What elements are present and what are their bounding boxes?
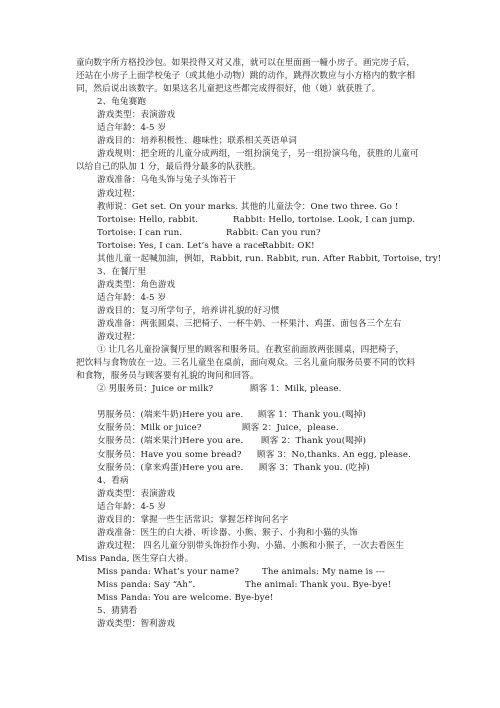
text-line: 5、猜猜看: [97, 605, 137, 618]
text-line-second-column: Rabbit: Hello, tortoise. Look, I can jum…: [233, 214, 415, 227]
line-text: 其他儿童一起喊加油，例如，Rabbit, run. Rabbit, run. A…: [97, 254, 441, 264]
text-line-second-column: 顾客 2：Thank you(喝掉): [261, 435, 366, 448]
text-line: Miss panda: What’s your name?: [97, 566, 239, 579]
line-text: 适合年龄：4-5 岁: [97, 502, 166, 512]
text-line: 游戏目的：掌握一些生活常识；掌握怎样询问名字: [97, 514, 288, 527]
text-line: 2、龟兔赛跑: [97, 96, 146, 109]
text-line: Miss Panda: You are welcome. Bye-bye!: [97, 592, 273, 605]
text-line: 其他儿童一起喊加油，例如，Rabbit, run. Rabbit, run. A…: [97, 253, 441, 266]
text-line: 游戏规则：把全班的儿童分成两组，一组扮演兔子，另一组扮演乌龟，获胜的儿童可: [97, 148, 419, 161]
text-line-second-column: The animal: Thank you. Bye-bye!: [245, 579, 391, 592]
line-text: 3、在餐厅里: [97, 267, 146, 277]
text-line: 3、在餐厅里: [97, 266, 146, 279]
line-text: 游戏类型：角色游戏: [97, 280, 175, 290]
line-text: 游戏过程：: [97, 189, 140, 199]
text-line: 把饮料与食物放在一边。三名儿童坐在桌前，面向观众。三名儿童向服务员要不同的饮料: [76, 357, 415, 370]
text-line: Miss panda: Say “Ah”.: [97, 579, 195, 592]
line-text: 和食物，服务员与顾客要有礼貌的询问和回答。: [76, 371, 259, 381]
text-line: 女服务员：(拿来鸡蛋)Here you are.: [97, 462, 243, 475]
text-line: Tortoise: Yes, I can. Let’s have a race.: [97, 240, 266, 253]
text-line: Tortoise: Hello, rabbit.: [97, 214, 198, 227]
line-text: 女服务员：(拿来鸡蛋)Here you are.: [97, 463, 243, 473]
line-text: 游戏目的：培养积极性、趣味性；联系相关英语单词: [97, 136, 297, 146]
text-line-second-column: 顾客 3：No,thanks. An egg, please.: [257, 449, 411, 462]
line-text: 游戏准备：医生的白大褂、听诊器、小熊、猴子、小狗和小猫的头饰: [97, 528, 358, 538]
text-line: 适合年龄：4-5 岁: [97, 292, 166, 305]
text-line: 童向数字所方格投沙包。如果投得又对又准，就可以在里面画一幢小房子。画完房子后，: [76, 57, 415, 70]
text-line: 4、看病: [97, 475, 129, 488]
line-text: 2、龟兔赛跑: [97, 97, 146, 107]
text-line: 游戏类型：表演游戏: [97, 109, 175, 122]
line-text: Miss panda: Say “Ah”.: [97, 580, 195, 590]
text-line: 适合年龄：4-5 岁: [97, 501, 166, 514]
line-text: 教师说：Get set. On your marks. 其他的儿童法令：One …: [97, 202, 398, 212]
text-line: 女服务员：Milk or juice?: [97, 422, 202, 435]
line-text: 以给自己的队加 1 分，最后得分最多的队获胜。: [76, 162, 261, 172]
line-text: 游戏准备：两张圆桌、三把椅子、一杯牛奶、一杯果汁、鸡蛋、面包各三个左右: [97, 319, 401, 329]
line-text: ① 让几名儿童扮演餐厅里的顾客和服务员。在教室前面放两张圆桌，四把椅子，: [97, 345, 404, 355]
line-text: 童向数字所方格投沙包。如果投得又对又准，就可以在里面画一幢小房子。画完房子后，: [76, 58, 415, 68]
text-line: 同，然后说出该数字。如果这名儿童把这些都完成得很好，他（她）就获胜了。: [76, 83, 380, 96]
line-text: 适合年龄：4-5 岁: [97, 293, 166, 303]
text-line: 游戏过程： 四名儿童分别带头饰扮作小狗、小猫、小熊和小猴子，一次去看医生: [97, 540, 404, 553]
line-text: Tortoise: Hello, rabbit.: [97, 215, 198, 225]
text-line: ② 男服务员：Juice or milk?: [97, 383, 213, 396]
text-line: 游戏准备：两张圆桌、三把椅子、一杯牛奶、一杯果汁、鸡蛋、面包各三个左右: [97, 318, 401, 331]
text-line: 游戏目的：复习所学句子，培养讲礼貌的好习惯: [97, 305, 280, 318]
line-text: 游戏类型：表演游戏: [97, 110, 175, 120]
text-line: 游戏过程：: [97, 331, 140, 344]
text-line: 女服务员：(端来果汁)Here you are.: [97, 435, 243, 448]
text-line: 游戏准备：医生的白大褂、听诊器、小熊、猴子、小狗和小猫的头饰: [97, 527, 358, 540]
text-line: 男服务员：(端来牛奶)Here you are.: [97, 409, 243, 422]
text-line: 教师说：Get set. On your marks. 其他的儿童法令：One …: [97, 201, 398, 214]
text-line-second-column: 顾客 3：Thank you. (吃掉): [259, 462, 370, 475]
line-text: 游戏过程： 四名儿童分别带头饰扮作小狗、小猫、小熊和小猴子，一次去看医生: [97, 541, 404, 551]
line-text: 女服务员：(端来果汁)Here you are.: [97, 436, 243, 446]
text-line: 游戏准备：乌龟头饰与兔子头饰若干: [97, 174, 236, 187]
line-text: 男服务员：(端来牛奶)Here you are.: [97, 410, 243, 420]
line-text: 游戏过程：: [97, 332, 140, 342]
line-text: 女服务员：Milk or juice?: [97, 423, 202, 433]
text-line: 还站在小房子上面学校兔子（或其他小动物）跳的动作，跳得次数应与小方格内的数字相: [76, 70, 415, 83]
text-line: 和食物，服务员与顾客要有礼貌的询问和回答。: [76, 370, 259, 383]
line-text: 游戏目的：复习所学句子，培养讲礼貌的好习惯: [97, 306, 280, 316]
text-line: 游戏类型：智利游戏: [97, 618, 175, 631]
text-line-second-column: 顾客 1：Milk, please.: [250, 383, 341, 396]
text-line: Tortoise: I can run.: [97, 227, 182, 240]
text-line: 适合年龄：4-5 岁: [97, 122, 166, 135]
text-line: 女服务员：Have you some bread?: [97, 449, 242, 462]
line-text: 游戏类型：表演游戏: [97, 489, 175, 499]
line-text: Miss panda: What’s your name?: [97, 567, 239, 577]
text-line: 游戏目的：培养积极性、趣味性；联系相关英语单词: [97, 135, 297, 148]
text-line: 游戏类型：表演游戏: [97, 488, 175, 501]
line-text: 把饮料与食物放在一边。三名儿童坐在桌前，面向观众。三名儿童向服务员要不同的饮料: [76, 358, 415, 368]
line-text: 4、看病: [97, 476, 129, 486]
text-line-second-column: 顾客 2：Juice，please.: [242, 422, 339, 435]
line-text: 游戏规则：把全班的儿童分成两组，一组扮演兔子，另一组扮演乌龟，获胜的儿童可: [97, 149, 419, 159]
line-text: ② 男服务员：Juice or milk?: [97, 384, 213, 394]
text-line: Miss Panda, 医生穿白大褂。: [76, 553, 193, 566]
text-line: ① 让几名儿童扮演餐厅里的顾客和服务员。在教室前面放两张圆桌，四把椅子，: [97, 344, 404, 357]
text-line-second-column: Rabbit: OK!: [262, 240, 315, 253]
text-line: 以给自己的队加 1 分，最后得分最多的队获胜。: [76, 161, 261, 174]
line-text: Tortoise: Yes, I can. Let’s have a race.: [97, 241, 266, 251]
line-text: Miss Panda: You are welcome. Bye-bye!: [97, 593, 273, 603]
line-text: Miss Panda, 医生穿白大褂。: [76, 554, 193, 564]
line-text: Tortoise: I can run.: [97, 228, 182, 238]
line-text: 适合年龄：4-5 岁: [97, 123, 166, 133]
line-text: 游戏目的：掌握一些生活常识；掌握怎样询问名字: [97, 515, 288, 525]
line-text: 游戏准备：乌龟头饰与兔子头饰若干: [97, 175, 236, 185]
text-line: 游戏过程：: [97, 188, 140, 201]
line-text: 同，然后说出该数字。如果这名儿童把这些都完成得很好，他（她）就获胜了。: [76, 84, 380, 94]
text-line-second-column: 顾客 1：Thank you.(喝掉): [258, 409, 366, 422]
line-text: 还站在小房子上面学校兔子（或其他小动物）跳的动作，跳得次数应与小方格内的数字相: [76, 71, 415, 81]
text-line: 游戏类型：角色游戏: [97, 279, 175, 292]
line-text: 5、猜猜看: [97, 606, 137, 616]
text-line-second-column: Rabbit: Can you run?: [226, 227, 321, 240]
text-line-second-column: The animals: My name is ---: [262, 566, 385, 579]
line-text: 游戏类型：智利游戏: [97, 619, 175, 629]
line-text: 女服务员：Have you some bread?: [97, 450, 242, 460]
